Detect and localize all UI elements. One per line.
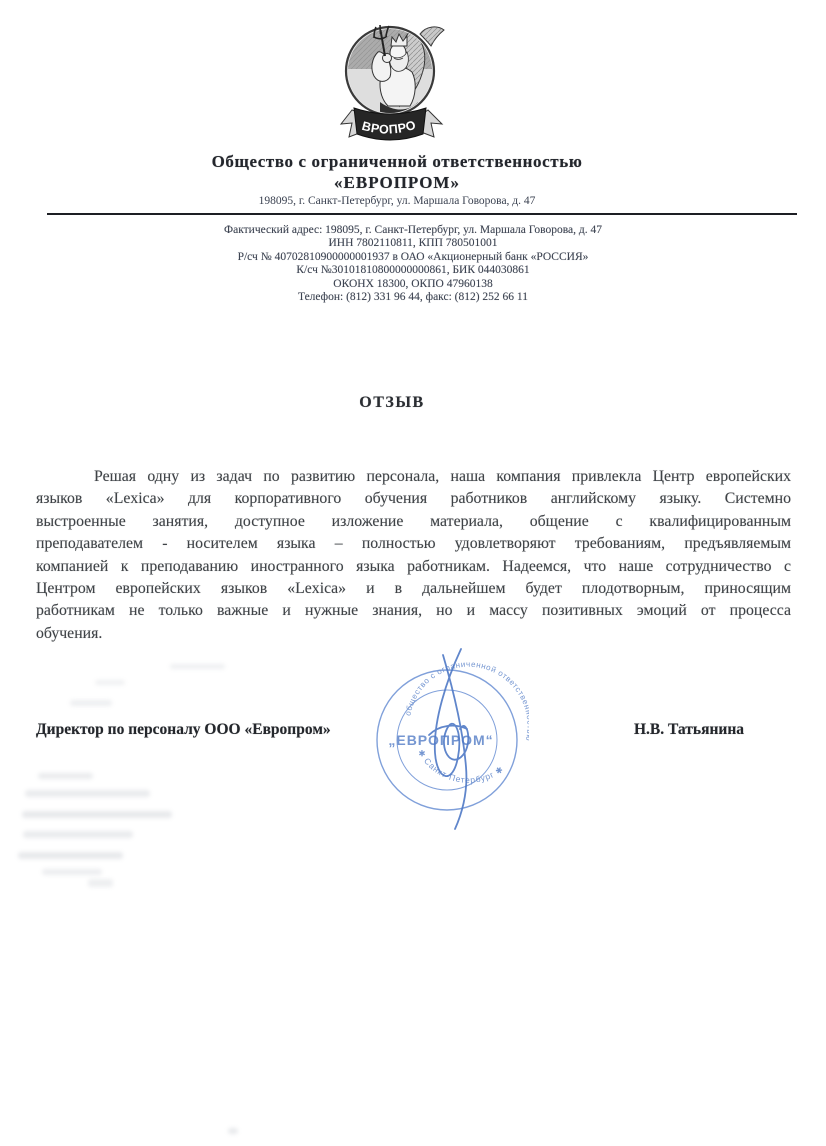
body-line: языков «Lexica» для корпоративного обуче… [36, 488, 791, 510]
signatory-name: Н.В. Татьянина [634, 721, 744, 739]
company-stamp: общество с ограниченной ответственностью… [369, 645, 529, 835]
company-type: Общество с ограниченной ответственностью [0, 152, 794, 172]
document-page: ЕВРОПРОМ Общество с ограниченной ответст… [0, 0, 826, 1146]
requisites-block: Фактический адрес: 198095, г. Санкт-Пете… [0, 224, 826, 304]
body-line: работникам не только важные и нужные зна… [36, 600, 791, 622]
body-line: обучения. [36, 623, 791, 645]
body-line: выстроенные занятия, доступное изложение… [36, 511, 791, 533]
company-name: «ЕВРОПРОМ» [0, 172, 794, 193]
stamp-seal-icon: общество с ограниченной ответственностью… [377, 647, 529, 810]
requisites-line: Телефон: (812) 331 96 44, факс: (812) 25… [0, 291, 826, 304]
company-address: 198095, г. Санкт-Петербург, ул. Маршала … [0, 194, 794, 209]
letter-body: Решая одну из задач по развитию персонал… [36, 466, 791, 645]
body-line: компанией к преподаванию иностранного яз… [36, 556, 791, 578]
requisites-line: Фактический адрес: 198095, г. Санкт-Пете… [0, 224, 826, 237]
requisites-line: Р/сч № 40702810900000001937 в ОАО «Акцио… [0, 251, 826, 264]
requisites-line: ИНН 7802110811, КПП 780501001 [0, 237, 826, 250]
body-line: преподавателем - носителем языка – полно… [36, 533, 791, 555]
company-logo-icon: ЕВРОПРОМ [338, 22, 448, 150]
body-line: Решая одну из задач по развитию персонал… [36, 466, 791, 488]
letterhead: Общество с ограниченной ответственностью… [0, 152, 794, 209]
signatory-position: Директор по персоналу ООО «Европром» [36, 721, 331, 739]
body-line: Центром европейских языков «Lexica» и в … [36, 578, 791, 600]
requisites-line: К/сч №30101810800000000861, БИК 04403086… [0, 264, 826, 277]
letter-title: ОТЗЫВ [0, 394, 784, 412]
stamp-center-text: „ЕВРОПРОМ“ [388, 732, 493, 748]
requisites-line: ОКОНХ 18300, ОКПО 47960138 [0, 278, 826, 291]
letterhead-divider [47, 213, 797, 215]
